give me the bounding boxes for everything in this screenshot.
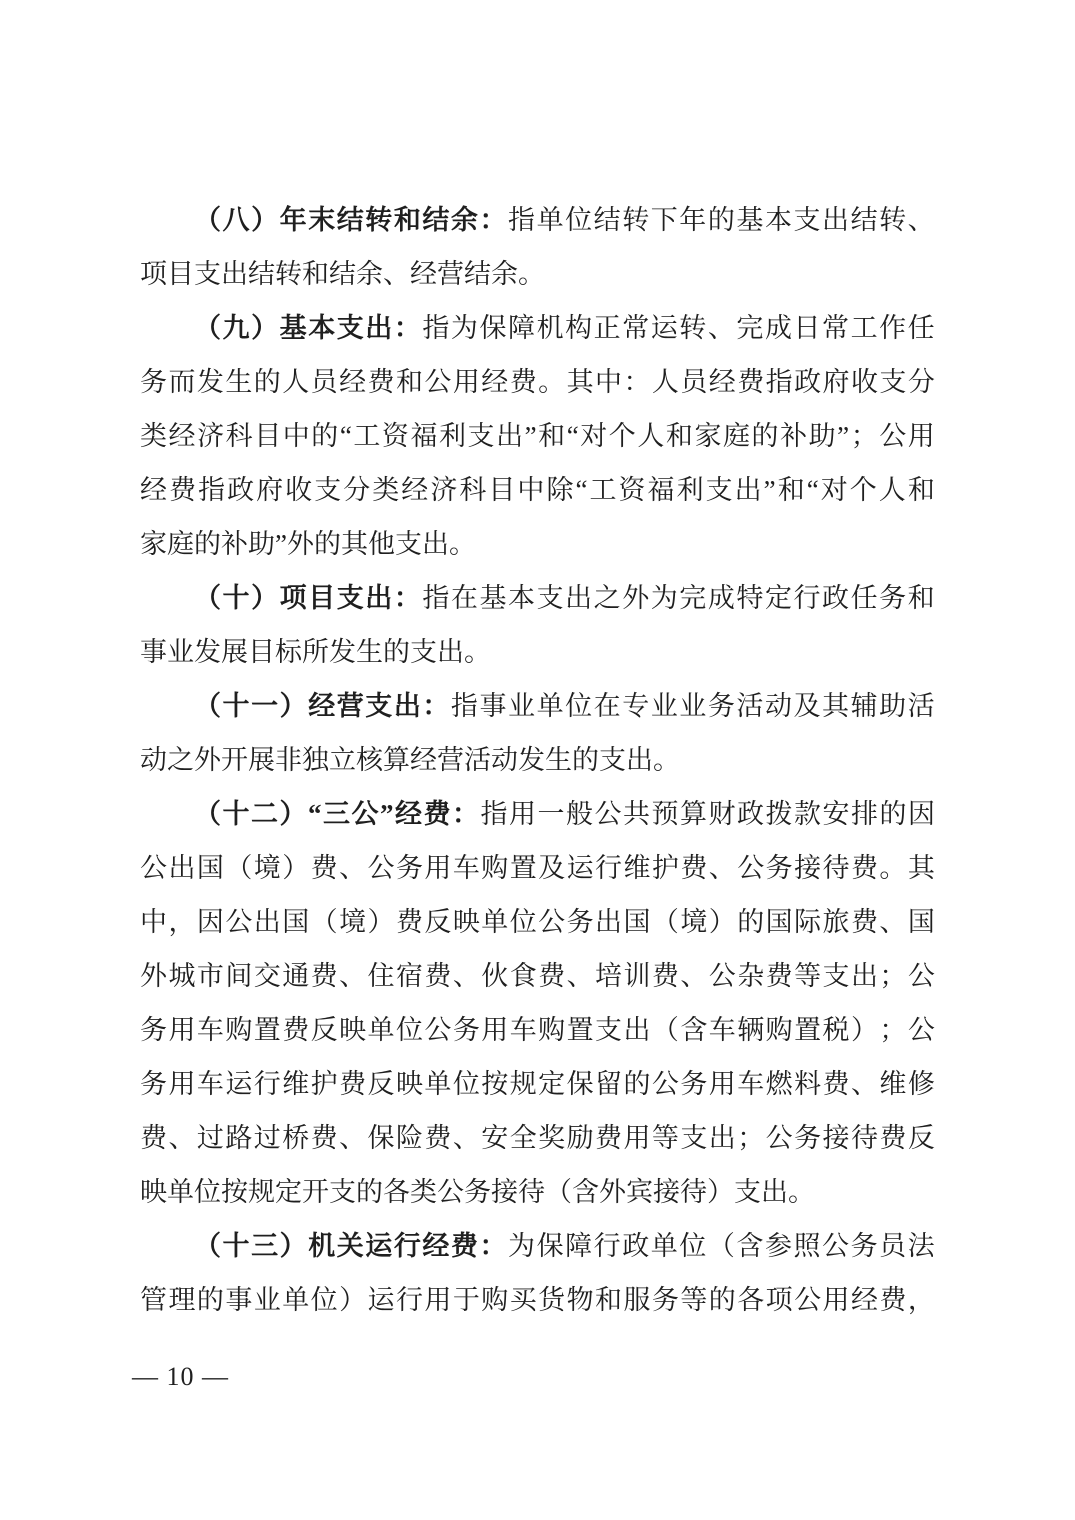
body-char: 年 [679,193,706,247]
body-char: 目 [254,409,281,463]
section-label-char: 支 [337,571,364,625]
body-char: 务 [567,895,594,949]
body-char: 用 [823,1273,850,1327]
body-char: 员 [311,355,338,409]
section-label-char: 余 [451,193,478,247]
body-char: 于 [453,1273,480,1327]
body-char: 费 [879,1111,906,1165]
body-char: 运 [651,301,678,355]
body-char: ； [851,409,878,463]
body-char: 公 [737,841,764,895]
body-char: 修 [908,1057,935,1111]
body-char: 公 [595,787,622,841]
body-char: “ [567,409,579,463]
body-char: 指 [422,571,449,625]
body-char: 服 [623,1273,650,1327]
body-char: 货 [538,1273,565,1327]
body-char: 经 [709,355,736,409]
body-char: 费 [282,1003,309,1057]
text-line: 项目支出结转和结余、经营结余。 [140,247,935,301]
body-char: 费 [851,895,878,949]
body-char: 人 [637,409,664,463]
body-char: ） [709,895,736,949]
section-label-char: ） [280,679,307,733]
section-label-char: ） [251,571,278,625]
body-char: 项 [766,1273,793,1327]
text-line: 动之外开展非独立核算经营活动发生的支出。 [140,733,935,787]
body-char: ） [368,895,395,949]
body-char: 因 [908,787,935,841]
body-char: 置 [510,841,537,895]
body-char: 收 [285,463,312,517]
body-char: 公 [879,409,906,463]
section-label-char: 基 [280,301,307,355]
body-char: 位 [311,1273,338,1327]
body-char: 安 [481,1111,508,1165]
body-char: 资 [619,463,646,517]
body-char: 公 [424,1003,451,1057]
body-char: 经 [481,355,508,409]
body-char: 辅 [851,679,878,733]
body-char: 庭 [723,409,750,463]
body-char: 奖 [538,1111,565,1165]
body-char: 支 [537,571,564,625]
body-char: 交 [254,949,281,1003]
section-label-char: （ [194,571,221,625]
body-char: 因 [197,895,224,949]
section-label-char: ” [380,787,394,841]
body-char: 日 [793,301,820,355]
document-body: （八）年末结转和结余：指单位结转下年的基本支出结转、项目支出结转和结余、经营结余… [140,193,935,1327]
body-char: 单 [282,1273,309,1327]
section-label-char: （ [194,1219,221,1273]
body-char: 公 [368,841,395,895]
body-char: 科 [226,409,253,463]
body-char: 下 [651,193,678,247]
body-char: 个 [850,463,877,517]
body-char: 通 [282,949,309,1003]
body-char: 车 [197,1003,224,1057]
body-char: 公 [652,1057,679,1111]
body-char: 务 [396,841,423,895]
body-char: 指 [422,301,449,355]
body-char: 国 [623,895,650,949]
section-label-char: 结 [422,193,449,247]
body-char: 结 [594,193,621,247]
body-char: 等 [652,1111,679,1165]
body-char: 正 [594,301,621,355]
body-char: 和 [666,409,693,463]
body-char: “ [807,463,819,517]
body-char: 共 [623,787,650,841]
body-char: 政 [227,463,254,517]
body-char: 购 [538,1003,565,1057]
body-char: 用 [709,1057,736,1111]
section-label-char: 支 [365,679,392,733]
body-char: 对 [821,463,848,517]
body-char: 经 [401,463,428,517]
body-char: 出 [168,841,195,895]
body-char: 的 [709,1273,736,1327]
body-char: 科 [459,463,486,517]
body-char: 出 [254,895,281,949]
body-char: 业 [508,679,535,733]
body-char: 单 [537,193,564,247]
body-char: 用 [509,787,536,841]
body-char: 行 [254,1057,281,1111]
body-char: 务 [140,1057,167,1111]
body-char: 中 [517,463,544,517]
text-line: 务用车运行维护费反映单位按规定保留的公务用车燃料费、维修 [140,1057,935,1111]
body-char: 路 [225,1111,252,1165]
body-char: 出 [565,571,592,625]
page-number: — 10 — [132,1360,229,1394]
body-char: 置 [254,1003,281,1057]
body-char: 规 [510,1057,537,1111]
text-line: 家庭的补助”外的其他支出。 [140,517,935,571]
body-char: ； [737,1111,764,1165]
body-char: 宿 [396,949,423,1003]
body-char: 机 [537,301,564,355]
body-char: 支 [595,1003,622,1057]
body-char: 业 [651,679,678,733]
section-label-char: “ [308,787,322,841]
body-char: 接 [823,1111,850,1165]
text-line: 外城市间交通费、住宿费、伙食费、培训费、公杂费等支出；公 [140,949,935,1003]
body-char: 参 [765,1219,792,1273]
section-label-char: ： [394,571,421,625]
section-label-char: 出 [365,571,392,625]
body-char: 单 [368,1003,395,1057]
body-char: 保 [537,1219,564,1273]
body-char: 在 [594,679,621,733]
body-char: 间 [225,949,252,1003]
body-char: 常 [622,301,649,355]
body-char: 和 [595,1273,622,1327]
section-label-char: 和 [394,193,421,247]
body-char: 费 [737,355,764,409]
body-char: 置 [794,1003,821,1057]
body-char: 费 [766,949,793,1003]
body-char: 支 [793,193,820,247]
text-line: 公出国（境）费、公务用车购置及运行维护费、公务接待费。其 [140,841,935,895]
body-char: 映 [453,895,480,949]
text-line: 费、过路过桥费、保险费、安全奖励费用等支出；公务接待费反 [140,1111,935,1165]
body-char: 费 [538,949,565,1003]
body-char: 结 [851,193,878,247]
body-char: 护 [652,841,679,895]
body-char: 按 [481,1057,508,1111]
body-char: 的 [752,409,779,463]
body-char: 利 [439,409,466,463]
body-char: 经 [140,463,167,517]
body-char: 培 [595,949,622,1003]
body-char: 工 [589,463,616,517]
body-char: 国 [766,895,793,949]
section-label-char: 费 [424,787,451,841]
body-char: 、 [709,841,736,895]
body-char: 反 [368,1057,395,1111]
body-char: 任 [851,571,878,625]
body-char: 公 [908,949,935,1003]
body-char: 动 [765,679,792,733]
body-char: 费 [652,949,679,1003]
body-char: 务 [766,841,793,895]
section-label-char: ： [452,787,479,841]
body-char: 接 [794,841,821,895]
body-char: 际 [794,895,821,949]
section-label-char: （ [194,301,221,355]
body-char: 发 [197,355,224,409]
body-char: 费 [169,463,196,517]
body-char: 为 [451,301,478,355]
body-char: 和 [908,463,935,517]
section-label-char: 出 [394,679,421,733]
section-label-char: 关 [337,1219,364,1273]
body-char: 为 [508,1219,535,1273]
body-char: 政 [622,1219,649,1273]
text-line: 务而发生的人员经费和公用经费。其中：人员经费指政府收支分 [140,355,935,409]
section-label-char: ： [479,1219,506,1273]
body-char: 境 [254,841,281,895]
body-char: 运 [225,1057,252,1111]
section-label-char: ） [280,1219,307,1273]
body-char: 排 [851,787,878,841]
body-char: 用 [908,409,935,463]
body-char: 保 [479,301,506,355]
body-char: 购 [481,1273,508,1327]
body-char: 障 [508,301,535,355]
body-char: 人 [282,355,309,409]
body-char: 定 [538,1057,565,1111]
body-char: 单 [537,679,564,733]
body-char: 成 [708,571,735,625]
body-char: 运 [368,1273,395,1327]
body-char: 务 [453,1003,480,1057]
body-char: 过 [197,1111,224,1165]
body-char: 费 [311,841,338,895]
section-label-char: ） [280,787,307,841]
body-char: 事 [479,679,506,733]
body-char: 一 [538,787,565,841]
body-char: 外 [140,949,167,1003]
body-text: 家庭的补助”外的其他支出。 [140,529,476,559]
section-label-char: 年 [280,193,307,247]
body-char: 中 [283,409,310,463]
body-char: 的 [311,409,338,463]
body-char: 用 [168,1003,195,1057]
section-label-char: 行 [394,1219,421,1273]
body-char: 工 [851,301,878,355]
body-char: 利 [677,463,704,517]
body-char: 等 [680,1273,707,1327]
section-label-char: 营 [337,679,364,733]
body-char: 福 [410,409,437,463]
body-char: 指 [481,787,508,841]
body-char: （ [225,841,252,895]
body-char: 出 [623,1003,650,1057]
body-char: 支 [706,463,733,517]
body-char: 购 [766,1003,793,1057]
body-char: 伙 [481,949,508,1003]
body-char: 位 [565,193,592,247]
body-char: ） [339,1273,366,1327]
body-char: 务 [708,679,735,733]
body-char: 费 [311,949,338,1003]
body-char: 购 [225,1003,252,1057]
body-char: 运 [567,841,594,895]
body-char: 费 [424,949,451,1003]
body-char: 国 [282,895,309,949]
body-char: 待 [851,1111,878,1165]
body-char: 转 [679,301,706,355]
body-char: 维 [879,1057,906,1111]
section-label-char: （ [194,787,221,841]
body-char: 活 [908,679,935,733]
body-char: 的 [708,193,735,247]
body-char: 位 [565,679,592,733]
body-char: 映 [396,1057,423,1111]
body-char: 公 [538,895,565,949]
body-char: 费 [424,1111,451,1165]
body-char: 济 [197,409,224,463]
body-char: ） [282,841,309,895]
section-label-char: （ [194,679,221,733]
section-label-char: 出 [365,301,392,355]
body-char: 公 [140,841,167,895]
body-char: 国 [908,895,935,949]
body-char: 障 [565,1219,592,1273]
body-char: 物 [567,1273,594,1327]
body-char: 过 [254,1111,281,1165]
body-char: 工 [353,409,380,463]
body-char: 任 [908,301,935,355]
body-char: 为 [651,571,678,625]
section-label-char: 项 [280,571,307,625]
body-char: 费 [823,1057,850,1111]
body-char: 、 [453,949,480,1003]
section-label-char: 经 [395,787,422,841]
body-char: 府 [256,463,283,517]
section-label-char: 目 [308,571,335,625]
body-char: 费 [368,355,395,409]
body-char: 本 [765,193,792,247]
section-label-char: 八 [223,193,250,247]
section-label-char: 十 [223,571,250,625]
body-char: “ [575,463,587,517]
body-char: 费 [510,355,537,409]
text-line: 类经济科目中的“工资福利支出”和“对个人和家庭的补助”；公用 [140,409,935,463]
body-char: 生 [225,355,252,409]
body-char: 车 [453,841,480,895]
body-char: 行 [595,841,622,895]
body-char: 位 [510,895,537,949]
text-line: 务用车购置费反映单位公务用车购置支出（含车辆购置税）；公 [140,1003,935,1057]
body-char: 公 [908,1003,935,1057]
body-char: 其 [822,679,849,733]
body-char: 支 [680,1111,707,1165]
section-label-char: ： [479,193,506,247]
body-char: 行 [594,1219,621,1273]
body-char: 。 [538,355,565,409]
body-char: 费 [680,841,707,895]
section-label-char: 结 [337,193,364,247]
body-char: 中 [595,355,622,409]
body-text: 事业发展目标所发生的支出。 [140,637,491,667]
body-char: 务 [680,1057,707,1111]
section-label-char: 九 [223,301,250,355]
section-label-char: 一 [251,679,278,733]
body-char: 待 [823,841,850,895]
body-char: 燃 [766,1057,793,1111]
body-char: 车 [510,1003,537,1057]
body-char: 收 [851,355,878,409]
body-char: 作 [879,301,906,355]
body-char: 励 [567,1111,594,1165]
body-char: 类 [140,409,167,463]
body-char: 、 [567,949,594,1003]
body-char: 出 [709,1111,736,1165]
body-char: 济 [430,463,457,517]
body-char: 公 [822,1219,849,1273]
body-char: ： [623,355,650,409]
body-char: （ [652,895,679,949]
section-label-char: 机 [308,1219,335,1273]
body-char: 和 [396,355,423,409]
body-char: 出 [496,409,523,463]
body-char: 费 [851,841,878,895]
document-page: （八）年末结转和结余：指单位结转下年的基本支出结转、项目支出结转和结余、经营结余… [0,0,1075,1520]
body-text: 映单位按规定开支的各类公务接待（含外宾接待）支出。 [140,1177,815,1207]
body-char: “ [340,409,352,463]
text-line: （十）项目支出：指在基本支出之外为完成特定行政任务和 [140,571,935,625]
body-char: 支 [468,409,495,463]
body-char: 公 [424,355,451,409]
body-char: 公 [709,949,736,1003]
body-char: 助 [809,409,836,463]
text-line: （八）年末结转和结余：指单位结转下年的基本支出结转、 [140,193,935,247]
body-char: 基 [479,571,506,625]
body-char: ， [908,1273,935,1327]
body-char: 特 [736,571,763,625]
body-char: 、 [908,193,935,247]
body-char: 费 [140,1111,167,1165]
body-char: 务 [794,1111,821,1165]
body-char: 转 [879,193,906,247]
body-char: 算 [680,787,707,841]
body-char: 维 [282,1057,309,1111]
body-char: 、 [453,1111,480,1165]
body-char: 车 [737,1057,764,1111]
body-char: 其 [908,841,935,895]
body-char: 桥 [282,1111,309,1165]
body-char: 指 [198,463,225,517]
body-char: 留 [595,1057,622,1111]
body-char: 单 [424,1057,451,1111]
body-char: 成 [765,301,792,355]
section-label-char: 二 [251,787,278,841]
body-char: 单 [651,1219,678,1273]
body-char: 护 [311,1057,338,1111]
body-char: 理 [168,1273,195,1327]
section-label-char: 运 [365,1219,392,1273]
body-char: 个 [609,409,636,463]
body-char: 在 [451,571,478,625]
body-char: 费 [339,1057,366,1111]
body-char: 用 [424,841,451,895]
body-char: 含 [736,1219,763,1273]
body-char: 映 [339,1003,366,1057]
